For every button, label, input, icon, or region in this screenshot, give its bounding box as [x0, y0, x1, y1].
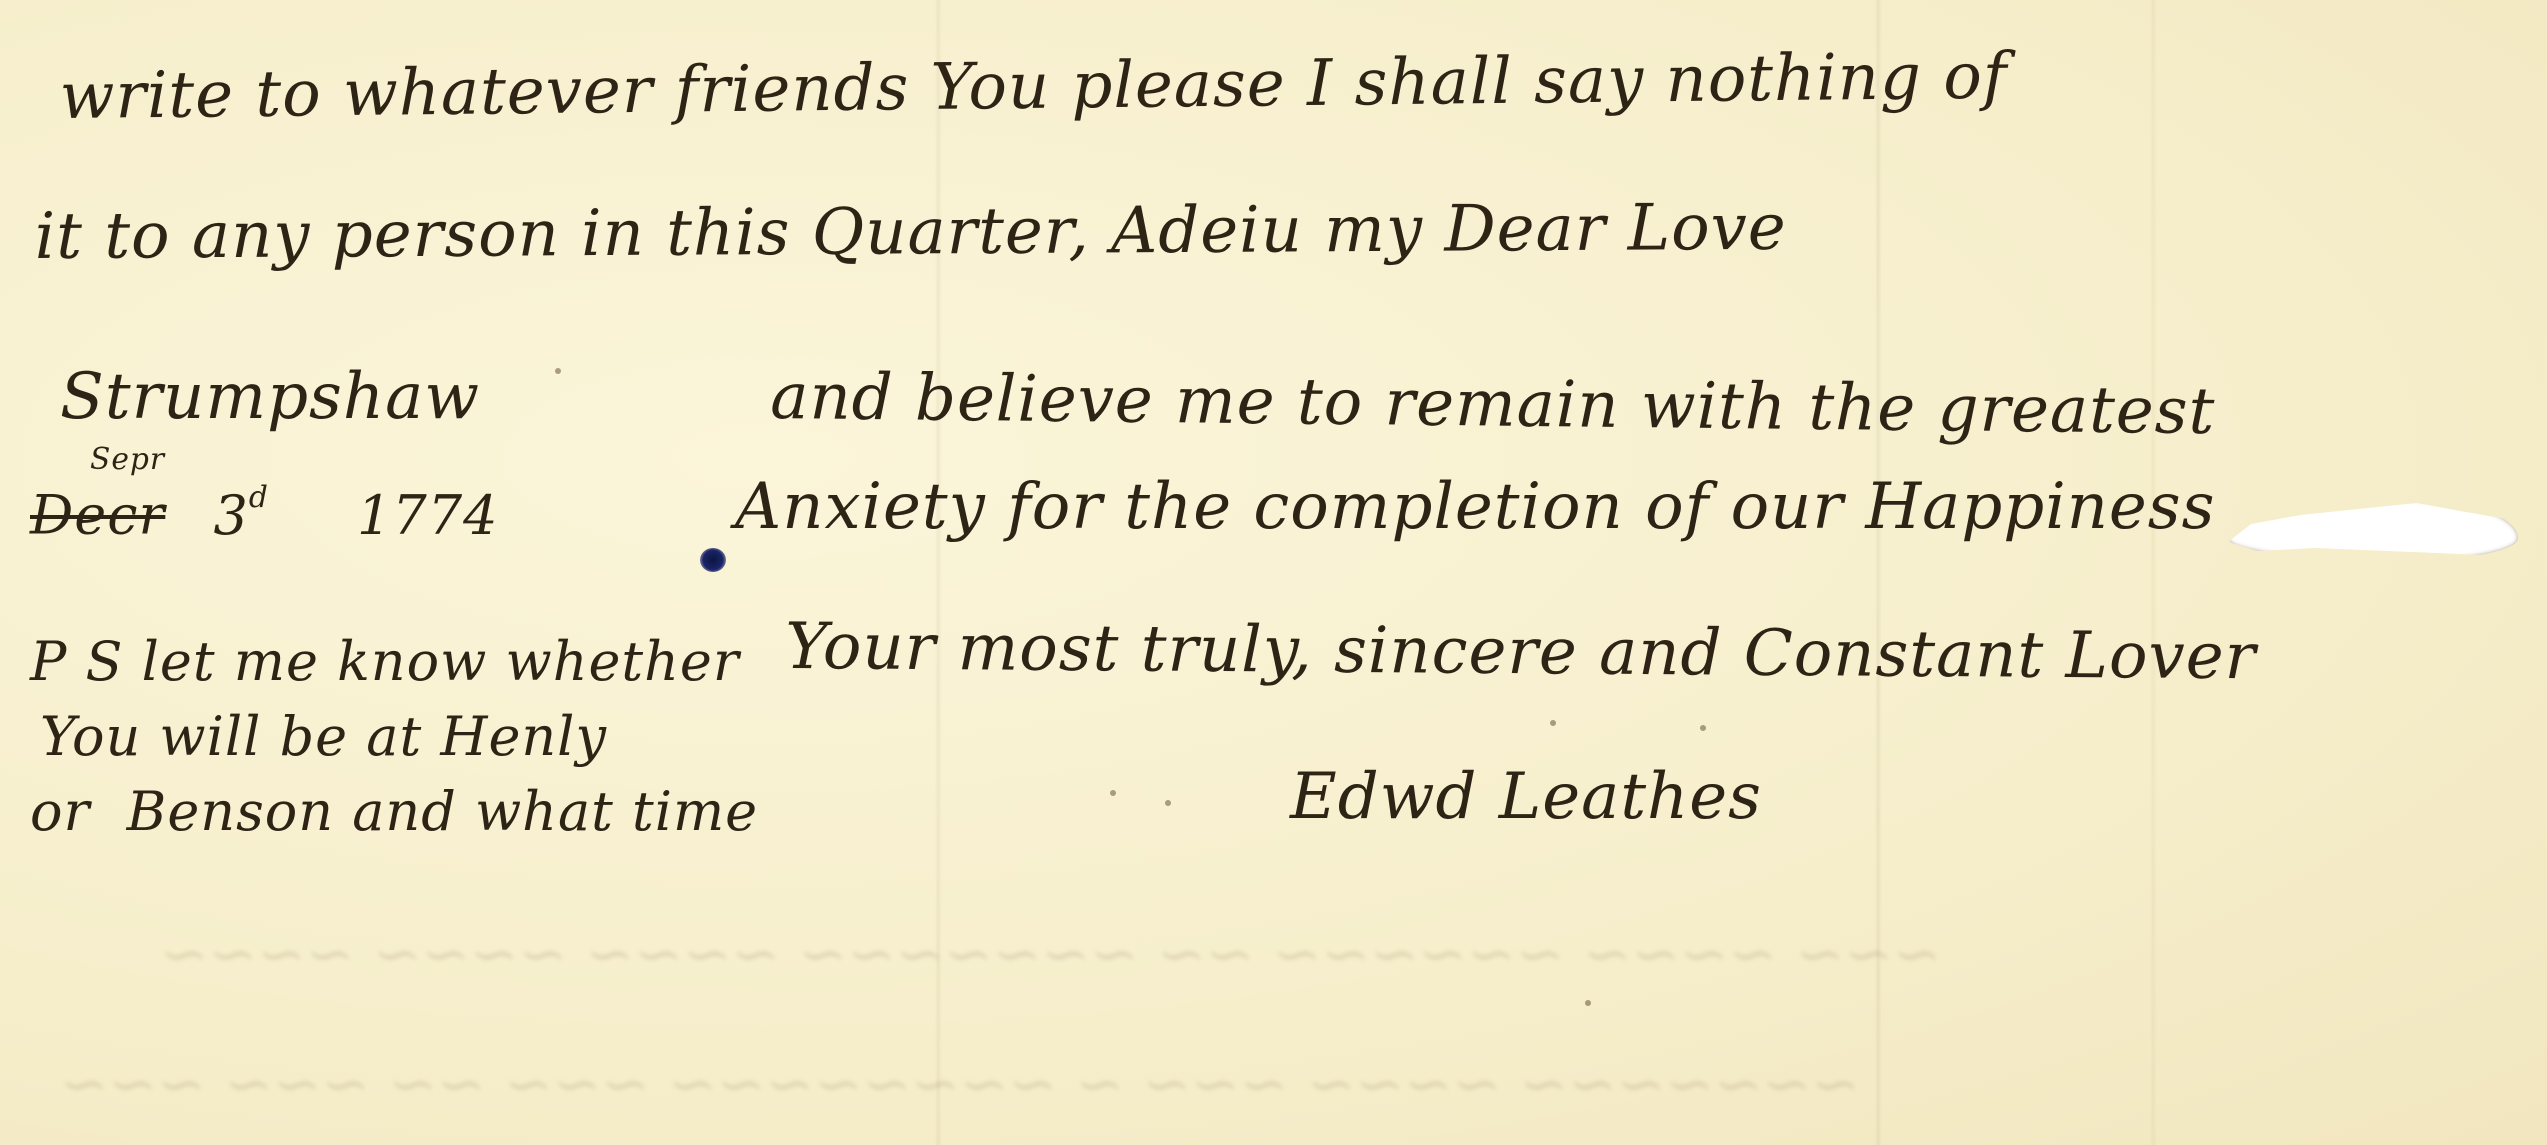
body-line-2: it to any person in this Quarter, Adeiu …: [35, 191, 1787, 274]
date-day: 3: [213, 484, 248, 547]
closing-line-1: and believe me to remain with the greate…: [770, 360, 2216, 449]
paper-speck: [1165, 800, 1171, 806]
signature: Edwd Leathes: [1290, 760, 1762, 834]
closing-line-2: Anxiety for the completion of our Happin…: [735, 470, 2215, 544]
postscript-line-3: or Benson and what time: [30, 780, 758, 843]
place-name: Strumpshaw: [60, 360, 480, 434]
bleed-through-line-2: ~~~~~~~ ~~~~ ~~~ ~ ~~~~~~~~ ~~~ ~~ ~~~ ~…: [60, 1050, 1860, 1118]
bleed-through-line-1: ~~~ ~~~~ ~~~~~~ ~~ ~~~~~~~ ~~~~ ~~~~ ~~~…: [160, 920, 1941, 988]
date-line: Sepr Decr 3d 1774: [30, 480, 498, 547]
postscript-line-2: You will be at Henly: [40, 705, 607, 768]
date-inserted-month: Sepr: [90, 442, 165, 477]
letter-page: ~~~ ~~~~ ~~~~~~ ~~ ~~~~~~~ ~~~~ ~~~~ ~~~…: [0, 0, 2547, 1145]
date-day-suffix: d: [249, 480, 269, 515]
date-year: 1774: [357, 484, 498, 547]
paper-speck: [1585, 1000, 1591, 1006]
ink-blot: [700, 548, 726, 572]
paper-speck: [1110, 790, 1116, 796]
paper-speck: [1700, 725, 1706, 731]
postscript-line-1: P S let me know whether: [30, 630, 740, 693]
body-line-1: write to whatever friends You please I s…: [59, 40, 2008, 134]
paper-speck: [555, 368, 561, 374]
paper-speck: [1550, 720, 1556, 726]
paper-tear-hole: [2228, 500, 2518, 560]
closing-line-3: Your most truly, sincere and Constant Lo…: [785, 610, 2256, 694]
date-struck-month: Decr: [30, 484, 165, 547]
